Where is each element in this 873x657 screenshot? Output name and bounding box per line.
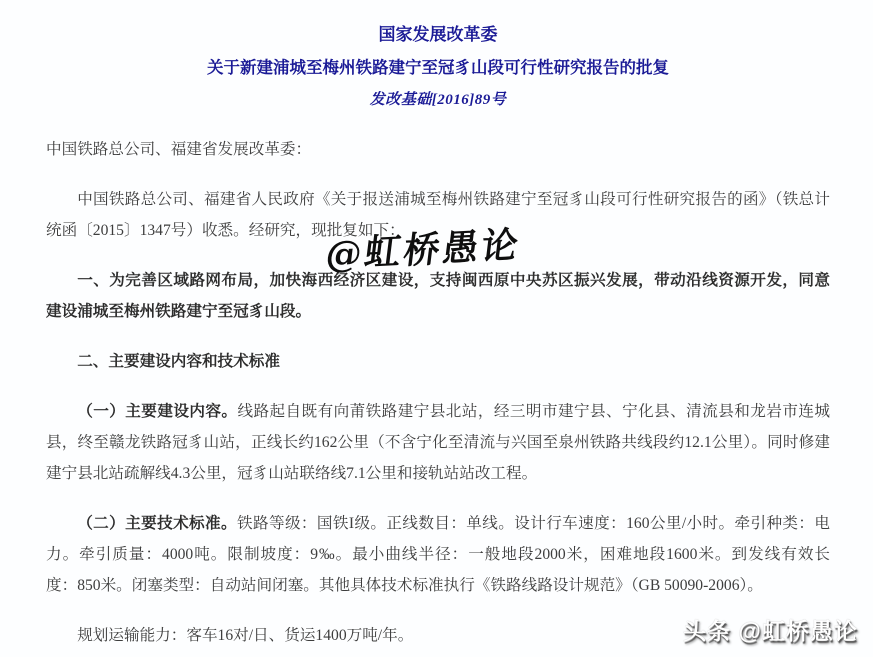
- text-line: （二）主要技术标准。铁路等级：国铁I级。正线数目：单线。设计行车速度：160公里…: [46, 508, 830, 539]
- paragraph-item-2-heading: 二、主要建设内容和技术标准: [46, 346, 830, 377]
- bold-text-segment: （二）主要技术标准。: [77, 515, 237, 532]
- paragraph-intro: 中国铁路总公司、福建省人民政府《关于报送浦城至梅州铁路建宁至冠豸山段可行性研究报…: [46, 184, 830, 246]
- text-line: 中国铁路总公司、福建省发展改革委：: [46, 134, 830, 165]
- paragraph-salutation: 中国铁路总公司、福建省发展改革委：: [46, 134, 830, 165]
- paragraph-technical-standards: （二）主要技术标准。铁路等级：国铁I级。正线数目：单线。设计行车速度：160公里…: [46, 508, 830, 601]
- text-segment: 建宁县北站疏解线4.3公里，冠豸山站联络线7.1公里和接轨站站改工程。: [46, 465, 537, 482]
- text-segment: 统函〔2015〕1347号）收悉。经研究，现批复如下：: [46, 222, 405, 239]
- toutiao-watermark: 头条 @虹桥愚论: [683, 613, 858, 646]
- bold-text-segment: 一、为完善区域路网布局，加快海西经济区建设，支持闽西原中央苏区振兴发展，带动沿线…: [77, 272, 830, 289]
- approval-document-page: 国家发展改革委 关于新建浦城至梅州铁路建宁至冠豸山段可行性研究报告的批复 发改基…: [0, 0, 873, 657]
- text-segment: 规划运输能力：客车16对/日、货运1400万吨/年。: [77, 627, 413, 644]
- issuing-agency: 国家发展改革委: [46, 24, 830, 46]
- text-segment: 中国铁路总公司、福建省发展改革委：: [46, 141, 311, 158]
- text-line: 中国铁路总公司、福建省人民政府《关于报送浦城至梅州铁路建宁至冠豸山段可行性研究报…: [46, 184, 830, 215]
- text-line: 一、为完善区域路网布局，加快海西经济区建设，支持闽西原中央苏区振兴发展，带动沿线…: [46, 265, 830, 296]
- text-line: 县，终至赣龙铁路冠豸山站，正线长约162公里（不含宁化至清流与兴国至泉州铁路共线…: [46, 427, 830, 458]
- text-line: 力。牵引质量：4000吨。限制坡度：9‰。最小曲线半径：一般地段2000米，困难…: [46, 539, 830, 570]
- paragraph-construction-content: （一）主要建设内容。线路起自既有向莆铁路建宁县北站，经三明市建宁县、宁化县、清流…: [46, 396, 830, 489]
- document-body: 中国铁路总公司、福建省发展改革委：中国铁路总公司、福建省人民政府《关于报送浦城至…: [46, 134, 830, 651]
- bold-text-segment: 建设浦城至梅州铁路建宁至冠豸山段。: [46, 303, 311, 320]
- text-line: （一）主要建设内容。线路起自既有向莆铁路建宁县北站，经三明市建宁县、宁化县、清流…: [46, 396, 830, 427]
- text-segment: 铁路等级：国铁I级。正线数目：单线。设计行车速度：160公里/小时。牵引种类：电: [237, 515, 830, 532]
- paragraph-item-1-approval: 一、为完善区域路网布局，加快海西经济区建设，支持闽西原中央苏区振兴发展，带动沿线…: [46, 265, 830, 327]
- approval-document: 国家发展改革委 关于新建浦城至梅州铁路建宁至冠豸山段可行性研究报告的批复 发改基…: [0, 0, 873, 651]
- document-title: 关于新建浦城至梅州铁路建宁至冠豸山段可行性研究报告的批复: [46, 57, 830, 79]
- document-header: 国家发展改革委 关于新建浦城至梅州铁路建宁至冠豸山段可行性研究报告的批复 发改基…: [46, 24, 830, 110]
- text-segment: 中国铁路总公司、福建省人民政府《关于报送浦城至梅州铁路建宁至冠豸山段可行性研究报…: [77, 191, 830, 208]
- text-segment: 县，终至赣龙铁路冠豸山站，正线长约162公里（不含宁化至清流与兴国至泉州铁路共线…: [46, 434, 830, 451]
- text-segment: 度：850米。闭塞类型：自动站间闭塞。其他具体技术标准执行《铁路线路设计规范》（…: [46, 577, 763, 594]
- text-line: 度：850米。闭塞类型：自动站间闭塞。其他具体技术标准执行《铁路线路设计规范》（…: [46, 570, 830, 601]
- text-segment: 线路起自既有向莆铁路建宁县北站，经三明市建宁县、宁化县、清流县和龙岩市连城: [237, 403, 830, 420]
- text-line: 统函〔2015〕1347号）收悉。经研究，现批复如下：: [46, 215, 830, 246]
- text-line: 二、主要建设内容和技术标准: [46, 346, 830, 377]
- bold-text-segment: 二、主要建设内容和技术标准: [77, 353, 280, 370]
- document-number: 发改基础[2016]89号: [46, 90, 830, 110]
- text-line: 建设浦城至梅州铁路建宁至冠豸山段。: [46, 296, 830, 327]
- text-segment: 力。牵引质量：4000吨。限制坡度：9‰。最小曲线半径：一般地段2000米，困难…: [46, 546, 830, 563]
- text-line: 建宁县北站疏解线4.3公里，冠豸山站联络线7.1公里和接轨站站改工程。: [46, 458, 830, 489]
- bold-text-segment: （一）主要建设内容。: [77, 403, 237, 420]
